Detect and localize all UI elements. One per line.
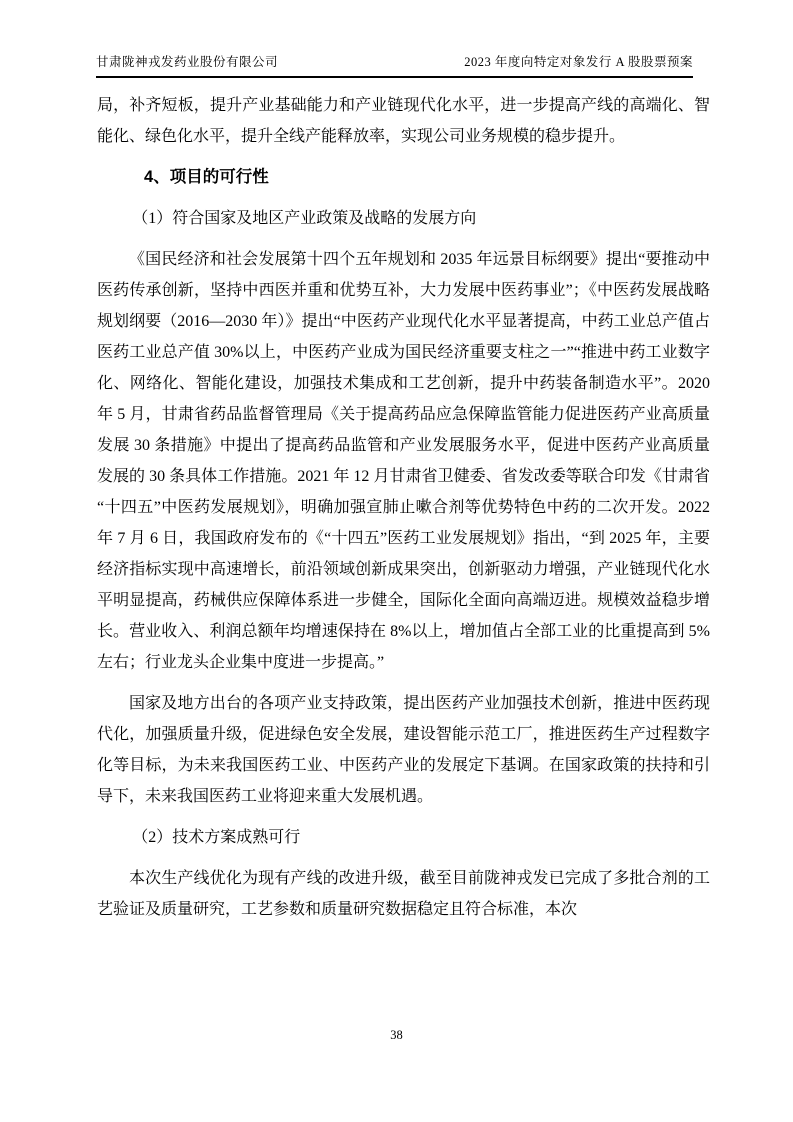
paragraph-policy-summary: 国家及地方出台的各项产业支持政策，提出医药产业加强技术创新，推进中医药现代化，加… <box>97 688 710 812</box>
section-heading-project-feasibility: 4、项目的可行性 <box>97 162 710 193</box>
page-footer: 38 <box>0 1027 793 1043</box>
subsection-heading-policy-direction: （1）符合国家及地区产业政策及战略的发展方向 <box>97 203 710 234</box>
header-document-title: 2023 年度向特定对象发行 A 股股票预案 <box>464 54 693 71</box>
page-header: 甘肃陇神戎发药业股份有限公司 2023 年度向特定对象发行 A 股股票预案 <box>96 54 693 78</box>
header-company-name: 甘肃陇神戎发药业股份有限公司 <box>96 54 278 71</box>
document-content: 局，补齐短板，提升产业基础能力和产业链现代化水平，进一步提高产线的高端化、智能化… <box>97 90 710 925</box>
document-page: 甘肃陇神戎发药业股份有限公司 2023 年度向特定对象发行 A 股股票预案 局，… <box>0 0 793 1122</box>
paragraph-continued-from-previous-page: 局，补齐短板，提升产业基础能力和产业链现代化水平，进一步提高产线的高端化、智能化… <box>97 90 710 152</box>
subsection-heading-technical-feasibility: （2）技术方案成熟可行 <box>97 822 710 853</box>
paragraph-technical-plan: 本次生产线优化为现有产线的改进升级，截至目前陇神戎发已完成了多批合剂的工艺验证及… <box>97 863 710 925</box>
page-number: 38 <box>390 1028 403 1042</box>
paragraph-national-policies: 《国民经济和社会发展第十四个五年规划和 2035 年远景目标纲要》提出“要推动中… <box>97 244 710 678</box>
